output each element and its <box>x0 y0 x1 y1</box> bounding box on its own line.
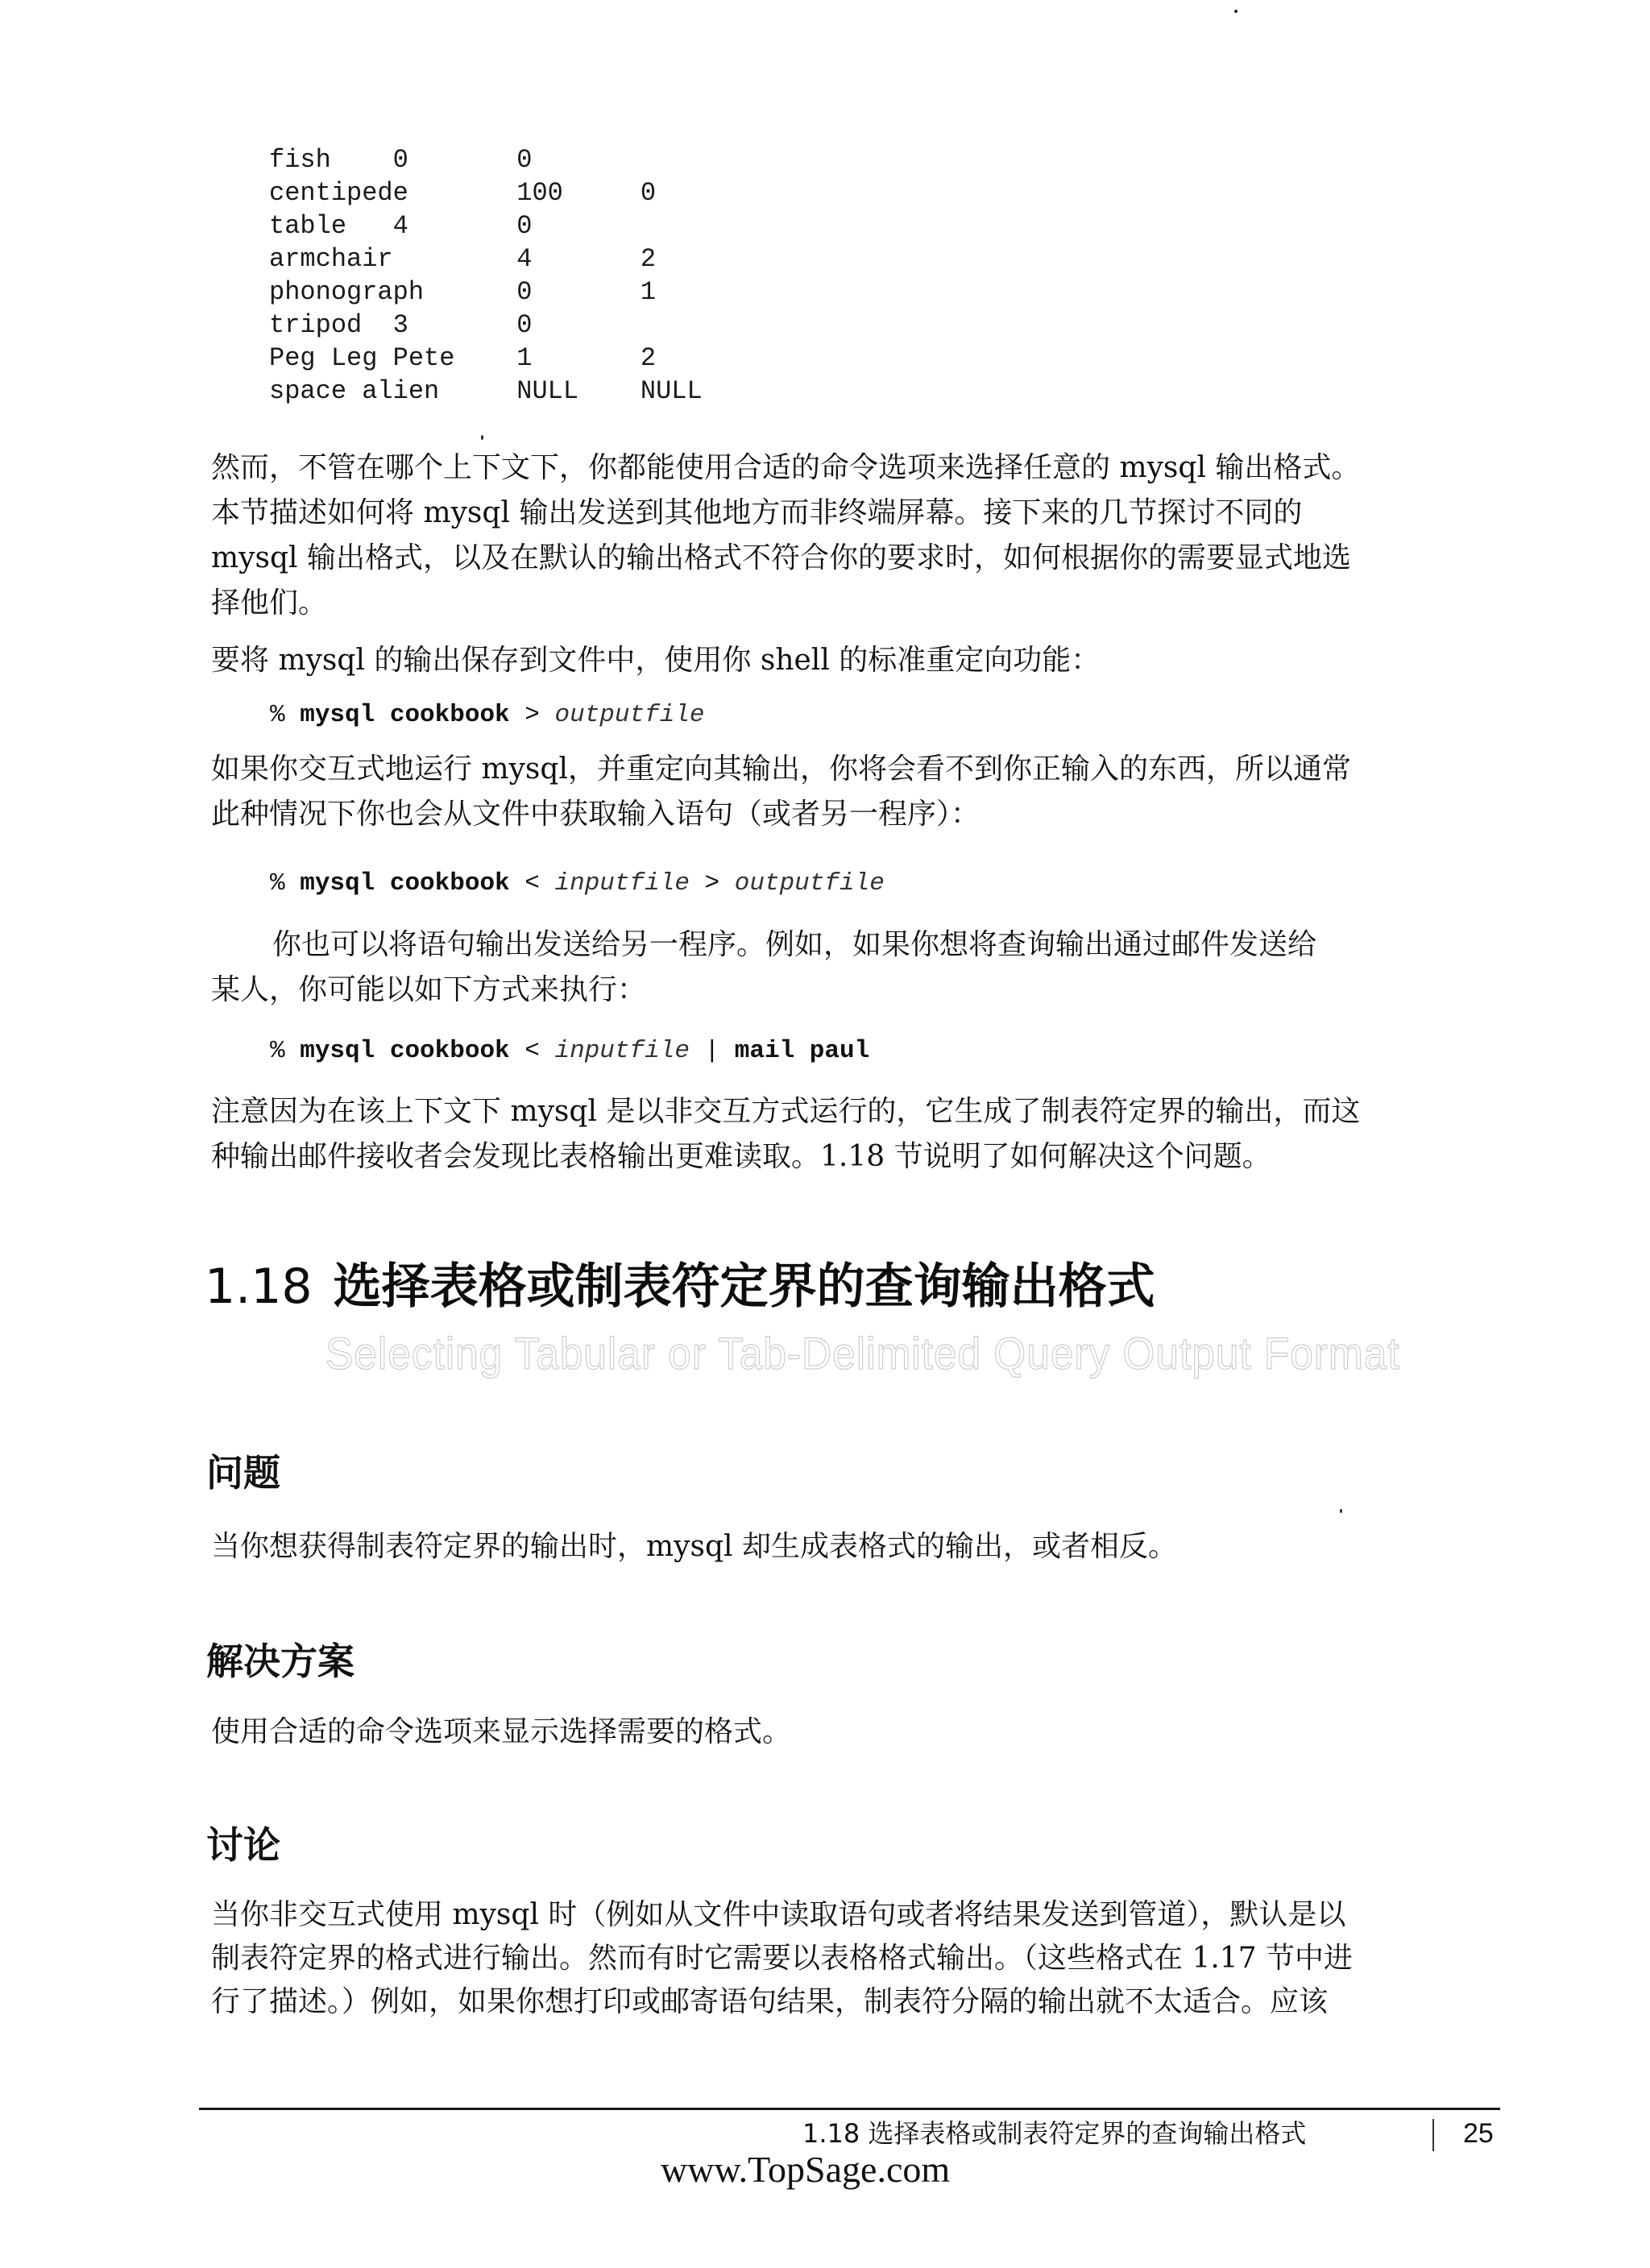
text-line: 注意因为在该上下文下 mysql 是以非交互方式运行的，它生成了制表符定界的输出… <box>211 1089 1500 1134</box>
table-row: Peg Leg Pete 1 2 <box>269 342 331 375</box>
input-file-arg: inputfile <box>555 1037 690 1065</box>
output-line: centipede 100 0 <box>269 176 656 209</box>
text-line: 行了描述。）例如，如果你想打印或邮寄语句结果，制表符分隔的输出就不太适合。应该 <box>211 1980 1500 2024</box>
command-bold: mysql cookbook <box>300 869 509 898</box>
footer-divider <box>1432 2119 1434 2151</box>
text-line: 当你非交互式使用 mysql 时（例如从文件中读取语句或者将结果发送到管道），默… <box>211 1893 1500 1937</box>
watermark-link[interactable]: www.TopSage.com <box>661 2150 950 2190</box>
output-line: Peg Leg Pete 1 2 <box>269 342 656 375</box>
text-line: 如果你交互式地运行 mysql，并重定向其输出，你将会看不到你正输入的东西，所以… <box>211 747 1500 792</box>
section-title: 选择表格或制表符定界的查询输出格式 <box>334 1258 1155 1315</box>
command-example-2: % mysql cookbook < inputfile > outputfil… <box>270 868 885 900</box>
section-heading: 1.18选择表格或制表符定界的查询输出格式 <box>205 1258 1155 1315</box>
discussion-text: 当你非交互式使用 mysql 时（例如从文件中读取语句或者将结果发送到管道），默… <box>211 1893 1500 2024</box>
text-line: 使用合适的命令选项来显示选择需要的格式。 <box>211 1710 1500 1755</box>
table-row: tripod 3 0 <box>269 309 331 342</box>
table-row: space alien NULL NULL <box>269 375 331 408</box>
paragraph-note: 注意因为在该上下文下 mysql 是以非交互方式运行的，它生成了制表符定界的输出… <box>211 1089 1500 1180</box>
shell-prompt: % <box>270 869 285 898</box>
table-row: centipede 100 0 <box>269 176 331 209</box>
output-file-arg: outputfile <box>735 869 885 898</box>
output-file-arg: outputfile <box>555 701 705 729</box>
text-line: 种输出邮件接收者会发现比表格输出更难读取。1.18 节说明了如何解决这个问题。 <box>211 1134 1500 1180</box>
redirect-operator: > <box>705 869 720 898</box>
shell-prompt: % <box>270 701 285 729</box>
table-row: phonograph 0 1 <box>269 276 331 309</box>
query-output-table: fish 0 0 centipede 100 0 table 4 0 armch… <box>269 143 331 408</box>
command-example-1: % mysql cookbook > outputfile <box>270 699 705 732</box>
problem-heading: 问题 <box>206 1450 280 1495</box>
table-row: fish 0 0 <box>269 143 331 176</box>
paragraph-pipe: 你也可以将语句输出发送给另一程序。例如，如果你想将查询输出通过邮件发送给 某人，… <box>211 923 1500 1013</box>
footer-rule <box>199 2108 1500 2110</box>
redirect-operator: < <box>524 1037 540 1065</box>
command-example-3: % mysql cookbook < inputfile | mail paul <box>270 1035 869 1068</box>
paragraph-redirect: 要将 mysql 的输出保存到文件中，使用你 shell 的标准重定向功能： <box>211 638 1500 683</box>
command-bold: mail paul <box>735 1037 869 1065</box>
output-line: tripod 3 0 <box>269 309 532 342</box>
text-line: 本节描述如何将 mysql 输出发送到其他地方而非终端屏幕。接下来的几节探讨不同… <box>211 491 1500 536</box>
output-line: fish 0 0 <box>269 143 532 176</box>
solution-text: 使用合适的命令选项来显示选择需要的格式。 <box>211 1710 1500 1755</box>
text-line: 你也可以将语句输出发送给另一程序。例如，如果你想将查询输出通过邮件发送给 <box>211 923 1500 968</box>
paragraph-interactive: 如果你交互式地运行 mysql，并重定向其输出，你将会看不到你正输入的东西，所以… <box>211 747 1500 837</box>
solution-heading: 解决方案 <box>206 1639 354 1684</box>
paragraph-output-formats: 然而，不管在哪个上下文下，你都能使用合适的命令选项来选择任意的 mysql 输出… <box>211 446 1500 626</box>
section-subtitle: Selecting Tabular or Tab-Delimited Query… <box>325 1329 1400 1378</box>
output-line: armchair 4 2 <box>269 243 656 276</box>
scan-speck <box>481 435 483 440</box>
command-bold: mysql cookbook <box>300 1037 509 1065</box>
shell-prompt: % <box>270 1037 285 1065</box>
text-line: 然而，不管在哪个上下文下，你都能使用合适的命令选项来选择任意的 mysql 输出… <box>211 446 1500 491</box>
scan-speck <box>1340 1509 1342 1513</box>
table-row: table 4 0 <box>269 209 331 243</box>
text-line: 制表符定界的格式进行输出。然而有时它需要以表格格式输出。（这些格式在 1.17 … <box>211 1937 1500 1980</box>
redirect-operator: < <box>524 869 540 898</box>
table-row: armchair 4 2 <box>269 243 331 276</box>
text-line: mysql 输出格式，以及在默认的输出格式不符合你的要求时，如何根据你的需要显式… <box>211 536 1500 581</box>
text-line: 要将 mysql 的输出保存到文件中，使用你 shell 的标准重定向功能： <box>211 638 1500 683</box>
input-file-arg: inputfile <box>555 869 690 898</box>
discussion-heading: 讨论 <box>206 1822 280 1868</box>
pipe-operator: | <box>705 1037 720 1065</box>
text-line: 此种情况下你也会从文件中获取输入语句（或者另一程序）： <box>211 792 1500 837</box>
output-line: space alien NULL NULL <box>269 375 703 408</box>
redirect-operator: > <box>524 701 540 729</box>
page-number: 25 <box>1463 2117 1494 2150</box>
text-line: 择他们。 <box>211 581 1500 626</box>
scan-speck <box>1234 10 1237 13</box>
section-number: 1.18 <box>205 1258 313 1315</box>
text-line: 某人，你可能以如下方式来执行： <box>211 968 1500 1013</box>
output-line: table 4 0 <box>269 209 532 243</box>
problem-text: 当你想获得制表符定界的输出时，mysql 却生成表格式的输出，或者相反。 <box>211 1524 1500 1569</box>
output-line: phonograph 0 1 <box>269 276 656 309</box>
footer-running-title: 1.18 选择表格或制表符定界的查询输出格式 <box>802 2117 1306 2150</box>
text-line: 当你想获得制表符定界的输出时，mysql 却生成表格式的输出，或者相反。 <box>211 1524 1500 1569</box>
command-bold: mysql cookbook <box>300 701 509 729</box>
